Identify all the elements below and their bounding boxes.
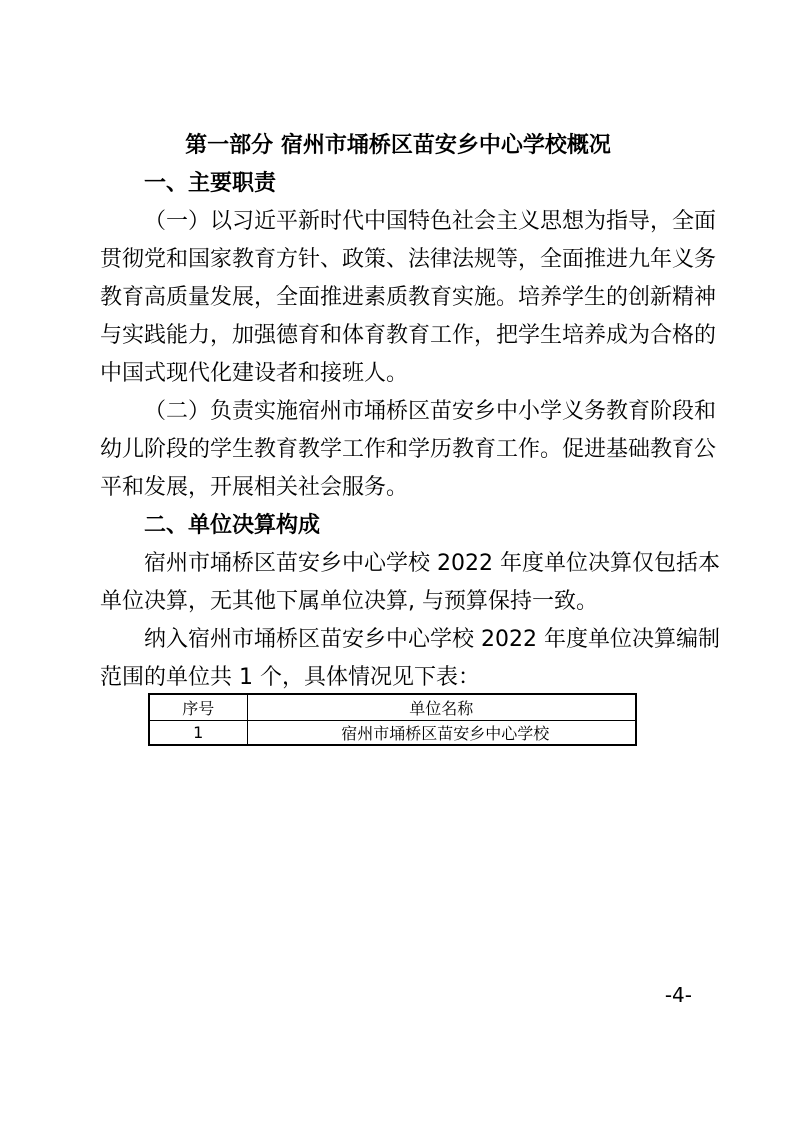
document-page: { "document": { "title": "第一部分 宿州市埇桥区苗安乡… <box>0 0 793 1122</box>
paragraph-line: 幼儿阶段的学生教育教学工作和学历教育工作。促进基础教育公 <box>100 431 696 469</box>
section-2-heading: 二、单位决算构成 <box>100 507 696 545</box>
paragraph-line: 单位决算，无其他下属单位决算, 与预算保持一致。 <box>100 583 696 621</box>
paragraph-line: 平和发展，开展相关社会服务。 <box>100 469 696 507</box>
paragraph-line: （一）以习近平新时代中国特色社会主义思想为指导，全面 <box>100 203 696 241</box>
units-table: 序号 单位名称 1 宿州市埇桥区苗安乡中心学校 <box>148 693 637 746</box>
units-table-row: 1 宿州市埇桥区苗安乡中心学校 <box>149 720 636 745</box>
units-table-cell-index: 1 <box>149 720 247 745</box>
units-table-header-name: 单位名称 <box>247 694 636 720</box>
paragraph-line: 宿州市埇桥区苗安乡中心学校 2022 年度单位决算仅包括本 <box>100 545 696 583</box>
paragraph-line: 纳入宿州市埇桥区苗安乡中心学校 2022 年度单位决算编制 <box>100 621 696 659</box>
paragraph-line: 教育高质量发展，全面推进素质教育实施。培养学生的创新精神 <box>100 279 696 317</box>
paragraph-line: （二）负责实施宿州市埇桥区苗安乡中小学义务教育阶段和 <box>100 393 696 431</box>
document-title: 第一部分 宿州市埇桥区苗安乡中心学校概况 <box>100 127 696 165</box>
page-number: -4- <box>665 983 692 1007</box>
paragraph-line: 中国式现代化建设者和接班人。 <box>100 355 696 393</box>
paragraph-line: 与实践能力，加强德育和体育教育工作，把学生培养成为合格的 <box>100 317 696 355</box>
units-table-cell-name: 宿州市埇桥区苗安乡中心学校 <box>247 720 636 745</box>
paragraph-line: 范围的单位共 1 个，具体情况见下表： <box>100 659 696 697</box>
section-1-heading: 一、主要职责 <box>100 165 696 203</box>
units-table-header-row: 序号 单位名称 <box>149 694 636 720</box>
units-table-header-index: 序号 <box>149 694 247 720</box>
document-content: 第一部分 宿州市埇桥区苗安乡中心学校概况 一、主要职责 （一）以习近平新时代中国… <box>100 127 696 746</box>
paragraph-line: 贯彻党和国家教育方针、政策、法律法规等，全面推进九年义务 <box>100 241 696 279</box>
